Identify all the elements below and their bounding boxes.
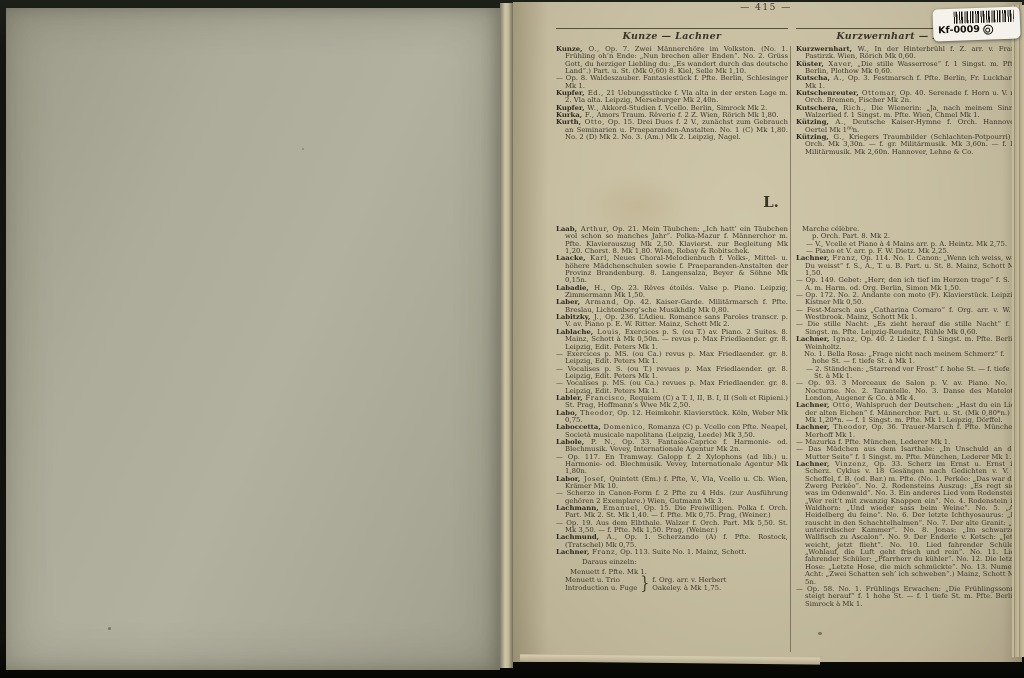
catalog-entry: Lachner, Vinzenz, Op. 33. Scherz im Erns… bbox=[796, 461, 1019, 586]
dust-speck bbox=[818, 632, 822, 635]
brace-group: Menuett u. TrioIntroduction u. Fuge}f. O… bbox=[556, 577, 788, 592]
catalog-entry: — Vocalises p. S. (ou T.) revues p. Max … bbox=[556, 366, 788, 381]
section-heading: L. bbox=[556, 193, 986, 211]
blank-verso-page bbox=[6, 8, 500, 670]
catalog-entry: — Op. 19. Aus dem Elbthale. Walzer f. Or… bbox=[556, 520, 788, 535]
catalog-entry: Kutscha, A., Op. 3. Festmarsch f. Pfte. … bbox=[796, 75, 1019, 90]
catalog-entry: — Op. 172. No. 2. Andante con moto (F). … bbox=[796, 292, 1019, 307]
catalog-entry: — Op. 93. 3 Morceaux de Salon p. V. av. … bbox=[796, 380, 1019, 402]
registration-mark-icon bbox=[983, 24, 993, 34]
catalog-entry: Küster, Xaver, „Die stille Wasserrose“ f… bbox=[796, 61, 1019, 76]
catalog-entry: Laboccetta, Domenico, Romanza (C) p. Vce… bbox=[556, 424, 788, 439]
catalog-entry: — Vocalises p. MS. (ou Ca.) revues p. Ma… bbox=[556, 380, 788, 395]
catalog-entry: — Fest-Marsch aus „Catharina Cornaro“ f.… bbox=[796, 307, 1019, 322]
catalog-entry: Kupfer, Ed., 21 Uebungsstücke f. Vla alt… bbox=[556, 90, 788, 105]
left-column-l-section: Laab, Arthur, Op. 21. Mein Täubchen: „Ic… bbox=[556, 226, 788, 592]
dust-speck bbox=[108, 627, 111, 630]
catalog-entry: — Scherzo in Canon-Form f. 2 Pfte zu 4 H… bbox=[556, 490, 788, 505]
catalog-entry: — Op. 8. Waldeszauber. Fantasiestück f. … bbox=[556, 75, 788, 90]
catalog-entry: — Op. 58. No. 1. Frühlings Erwachen: „Di… bbox=[796, 586, 1019, 608]
catalog-entry: Kützing, G., Kriegers Traumbilder (Schla… bbox=[796, 134, 1019, 156]
book-photo: — 415 — Kunze — Lachner Kurzwernhart — L… bbox=[0, 0, 1024, 678]
catalog-entry: — 2. Ständchen: „Starrend vor Frost“ f. … bbox=[796, 366, 1019, 381]
catalog-entry: No. 1. Bella Rosa: „Frage nicht nach mei… bbox=[796, 351, 1019, 366]
catalog-entry: Lachmann, Emanuel, Op. 15. Die Freiwilli… bbox=[556, 505, 788, 520]
catalog-entry: Kunze, O., Op. 7. Zwei Männerchöre im Vo… bbox=[556, 46, 788, 75]
page-fore-edge bbox=[1012, 5, 1024, 657]
book-gutter bbox=[500, 3, 513, 668]
catalog-entry: Kutschenreuter, Ottomar, Op. 40. Serenad… bbox=[796, 90, 1019, 105]
catalog-entry: Kützing, A., Deutsche Kaiser-Hymne f. Or… bbox=[796, 119, 1019, 134]
column-divider bbox=[790, 46, 791, 652]
catalog-entry: — Op. 149. Gebet: „Herr, den ich tief im… bbox=[796, 277, 1019, 292]
page-number: — 415 — bbox=[556, 3, 976, 13]
catalog-entry: — Die stille Nacht: „Es zieht herauf die… bbox=[796, 321, 1019, 336]
catalog-entry: Daraus einzeln: bbox=[556, 559, 788, 566]
catalog-entry: Labo, Theodor, Op. 12. Heimkehr. Klavier… bbox=[556, 410, 788, 425]
catalog-entry: — Das Mädchen aus dem Isarthale: „In Uns… bbox=[796, 446, 1019, 461]
catalog-entry: Laacke, Karl, Neues Choral-Melodienbuch … bbox=[556, 255, 788, 284]
catalog-entry: Lachner, Ignaz, Op. 40. 2 Lieder f. 1 Si… bbox=[796, 336, 1019, 351]
catalog-entry: — Exercices p. MS. (ou Ca.) revus p. Max… bbox=[556, 351, 788, 366]
catalog-entry: Lachner, Franz, Op. 113. Suite No. 1. Ma… bbox=[556, 549, 788, 556]
catalog-entry: Laab, Arthur, Op. 21. Mein Täubchen: „Ic… bbox=[556, 226, 788, 255]
catalog-entry: Lachner, Otto, Wahlspruch der Deutschen:… bbox=[796, 402, 1019, 424]
catalog-entry: Kutschera, Rich., Die Wienerin: „Ja, nac… bbox=[796, 105, 1019, 120]
barcode-label-row: Kf-0009 bbox=[938, 23, 1015, 38]
running-head-left: Kunze — Lachner bbox=[556, 31, 788, 42]
dust-speck bbox=[302, 148, 304, 150]
catalog-entry: Lablache, Louis, Exercices p. S. (ou T.)… bbox=[556, 329, 788, 351]
catalog-entry: Labler, Francisco, Requiem (C) a T. I, I… bbox=[556, 395, 788, 410]
catalog-entry: — Op. 117. En Tramway. Galopp f. 2 Xylop… bbox=[556, 454, 788, 476]
barcode-sticker: Kf-0009 bbox=[932, 6, 1020, 41]
catalog-entry: Lachmund, A., Op. 1. Scherzando (A) f. P… bbox=[556, 534, 788, 549]
left-column-k-section: Kunze, O., Op. 7. Zwei Männerchöre im Vo… bbox=[556, 46, 788, 141]
catalog-entry: Laber, Armand, Op. 42. Kaiser-Garde. Mil… bbox=[556, 299, 788, 314]
header-rule-left bbox=[556, 28, 788, 29]
catalog-entry: Labole, P. N., Op. 33. Fantasie-Caprice … bbox=[556, 439, 788, 454]
catalog-entry: Kurzwernhart, W., In der Hinterbrühl f. … bbox=[796, 46, 1019, 61]
catalog-entry: Lachner, Theodor, Op. 36. Trauer-Marsch … bbox=[796, 424, 1019, 439]
catalog-entry: Labadie, H., Op. 23. Rêves étoilés. Vals… bbox=[556, 285, 788, 300]
catalog-entry: Labor, Josef, Quintett (Em.) f. Pfte, V.… bbox=[556, 476, 788, 491]
catalog-page: — 415 — Kunze — Lachner Kurzwernhart — L… bbox=[513, 2, 1022, 662]
right-column-l-section: Marche célèbre.p. Orch. Part. 8. Mk 2.— … bbox=[796, 226, 1019, 608]
catalog-entry: Lachner, Franz, Op. 114. No. 1. Canon: „… bbox=[796, 255, 1019, 277]
barcode-label: Kf-0009 bbox=[938, 24, 980, 37]
catalog-entry: Labitzky, J., Op. 236. L’Adieu. Romance … bbox=[556, 314, 788, 329]
barcode-icon bbox=[954, 10, 1014, 24]
catalog-entry: Kurth, Otto, Op. 15. Drei Duos f. 2 V., … bbox=[556, 119, 788, 141]
catalog-entry: Menuett f. Pfte. Mk 1. bbox=[556, 569, 788, 576]
right-column-k-section: Kurzwernhart, W., In der Hinterbrühl f. … bbox=[796, 46, 1019, 156]
